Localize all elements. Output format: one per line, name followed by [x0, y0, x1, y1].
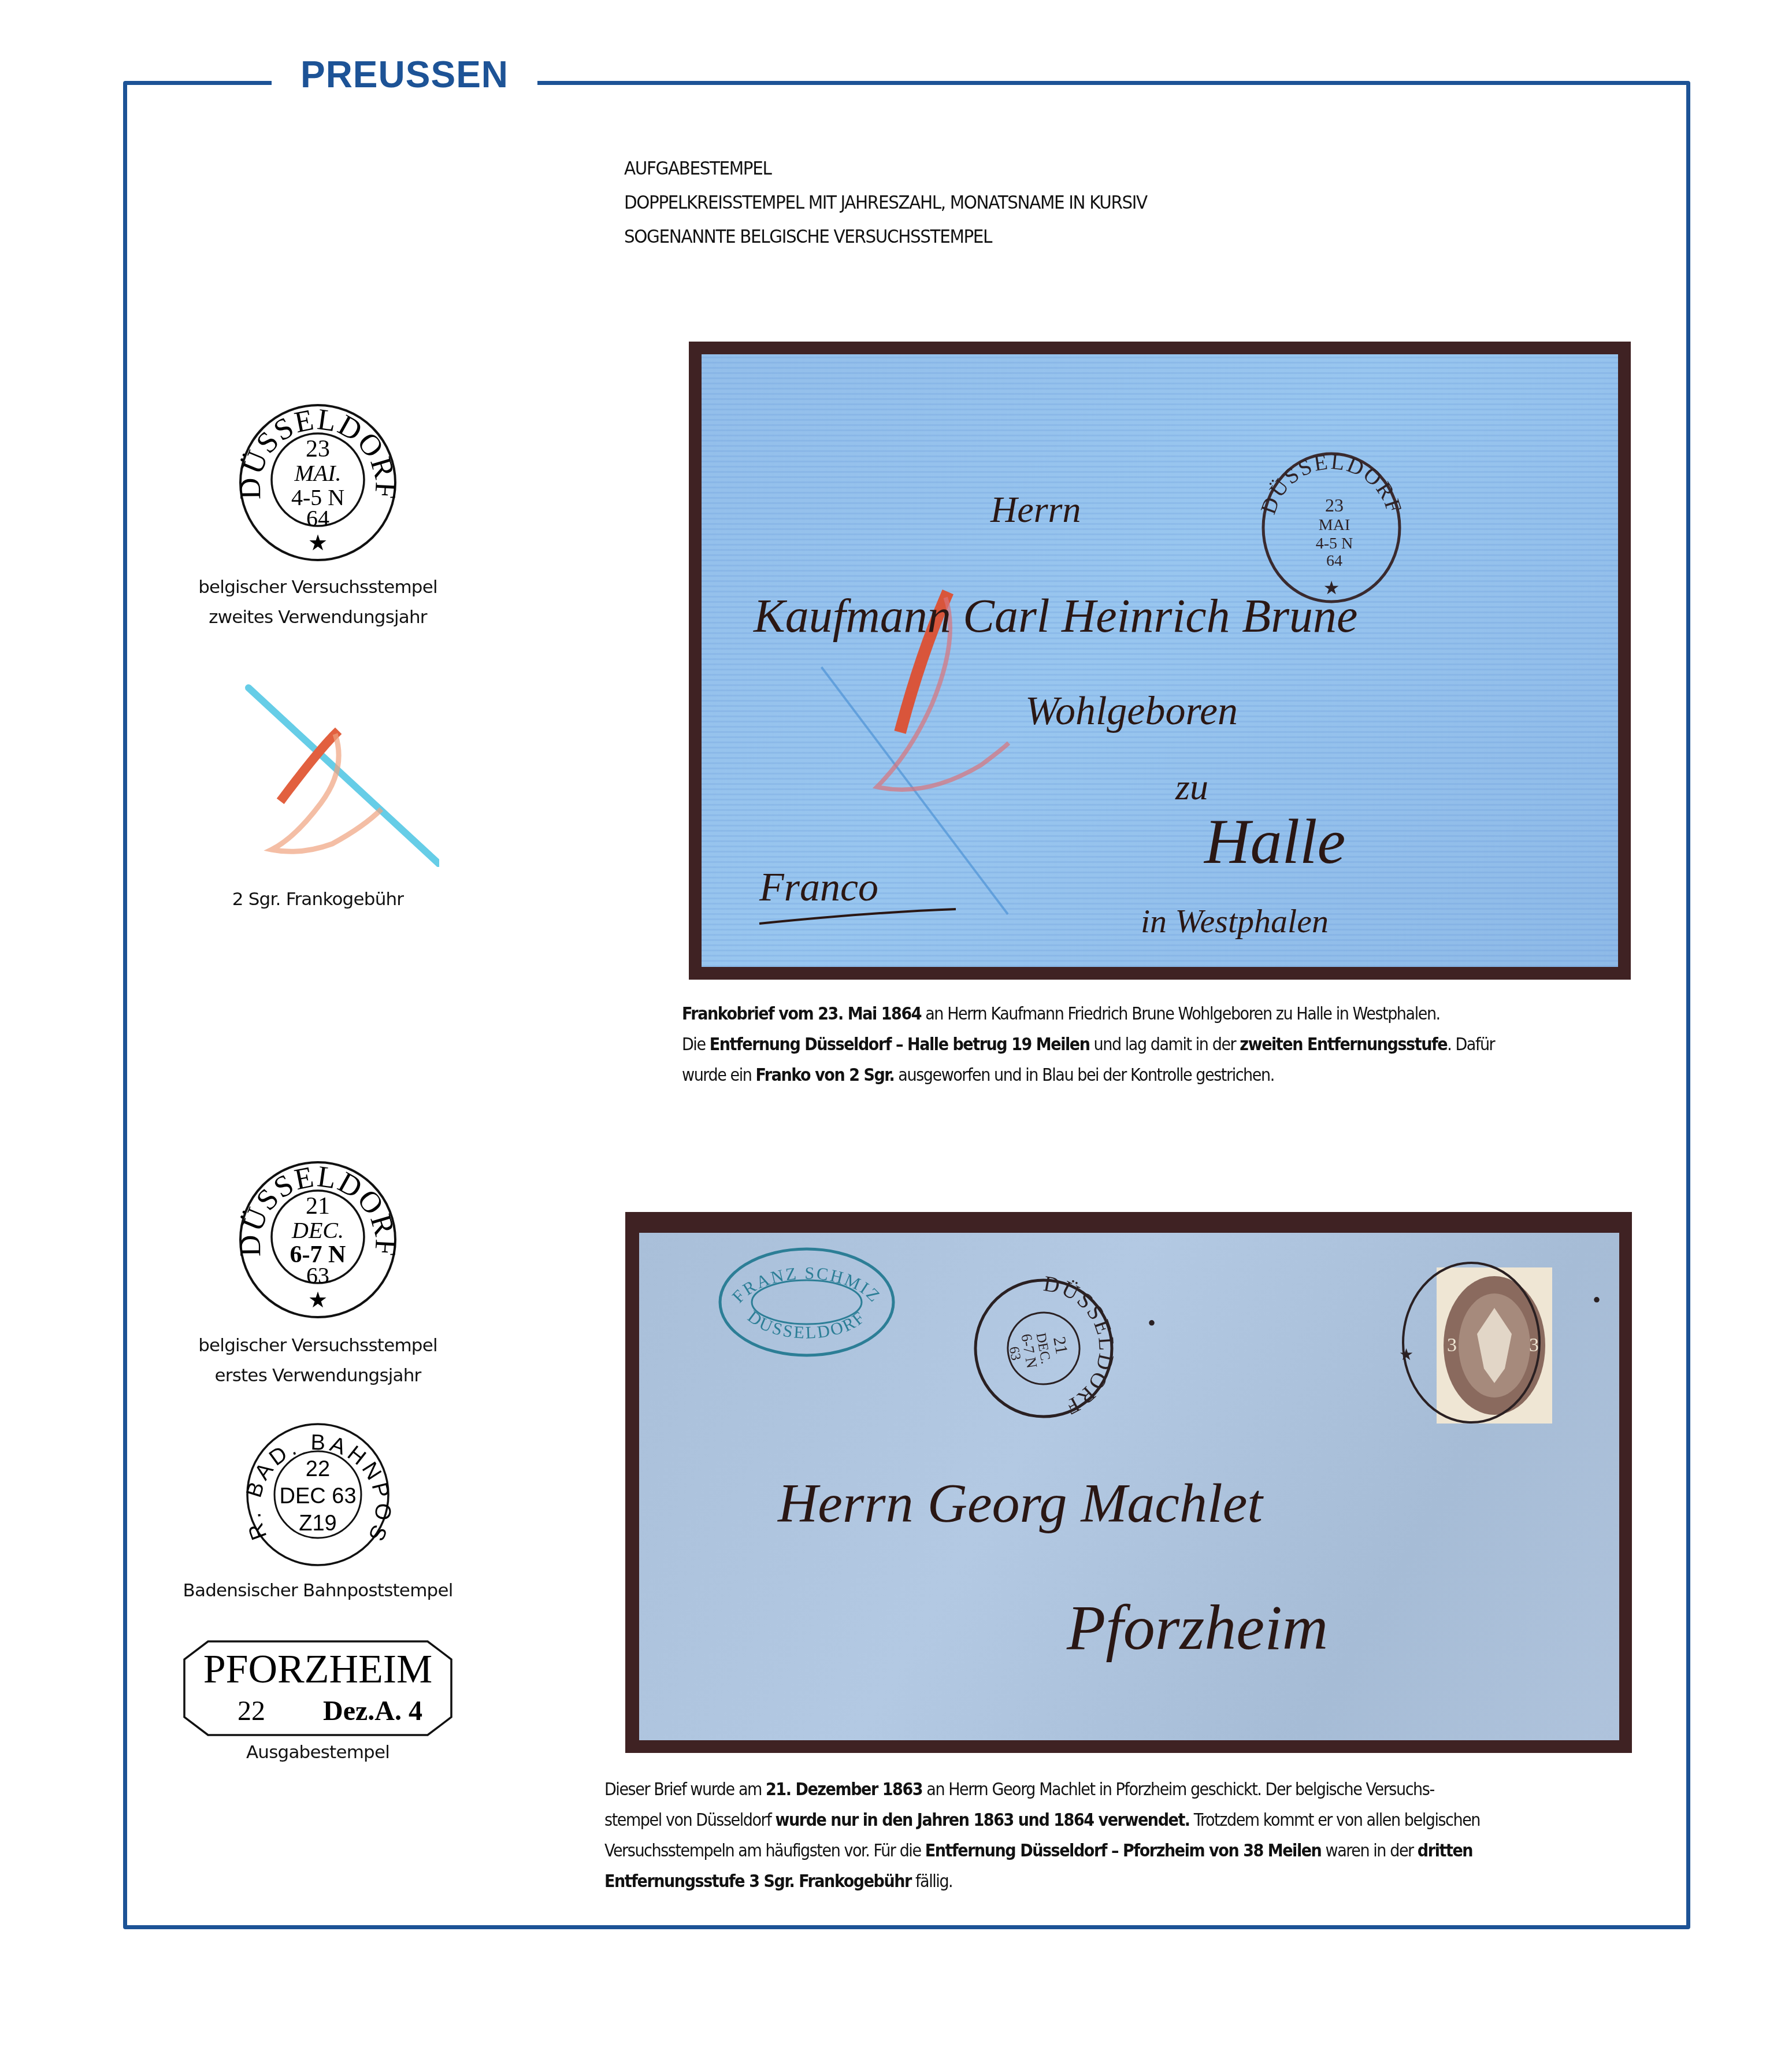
svg-text:zu: zu: [1175, 766, 1208, 807]
letter-postmark: DÜSSELDORF 21 DEC. 6-7 N 63: [963, 1261, 1130, 1434]
letter-1-caption: Frankobrief vom 23. Mai 1864 an Herrn Ka…: [682, 999, 1644, 1091]
svg-text:64: 64: [1326, 552, 1342, 570]
svg-text:Z19: Z19: [299, 1511, 336, 1536]
side-label: zweites Verwendungsjahr: [139, 602, 497, 632]
header-line: DOPPELKREISSTEMPEL MIT JAHRESZAHL, MONAT…: [624, 186, 1147, 220]
letter-2-caption: Dieser Brief wurde am 21. Dezember 1863 …: [604, 1774, 1660, 1897]
svg-text:64: 64: [306, 505, 329, 531]
cover-letter-1863: FRANZ SCHMIZ DÜSSELDORF DÜSSELDORF 21 DE…: [625, 1212, 1632, 1753]
letter-postmark: DÜSSELDORF 23 MAI 4-5 N 64 ★: [1256, 450, 1407, 602]
letter-artwork: DÜSSELDORF 23 MAI 4-5 N 64 ★ Herrn Kaufm…: [702, 354, 1618, 967]
svg-text:Herrn Georg Machlet: Herrn Georg Machlet: [777, 1472, 1264, 1534]
caption-line: wurde ein Franko von 2 Sgr. ausgeworfen …: [682, 1060, 1644, 1091]
side-label: erstes Verwendungsjahr: [139, 1361, 497, 1391]
svg-text:DÜSSELDORF: DÜSSELDORF: [744, 1307, 870, 1343]
letter-sheet: DÜSSELDORF 23 MAI 4-5 N 64 ★ Herrn Kaufm…: [702, 354, 1618, 967]
railway-postmark-icon: GR. BAD. BAHNPOST 22 DEC 63 Z19: [243, 1419, 393, 1570]
svg-text:23: 23: [1325, 495, 1344, 516]
postage-stamp: 3 3: [1437, 1267, 1552, 1424]
caption-line: Die Entfernung Düsseldorf – Halle betrug…: [682, 1029, 1644, 1060]
svg-text:3: 3: [1447, 1335, 1457, 1356]
svg-text:in Westphalen: in Westphalen: [1141, 902, 1329, 940]
svg-text:63: 63: [306, 1262, 329, 1288]
svg-text:22: 22: [306, 1457, 330, 1481]
side-label: belgischer Versuchsstempel: [139, 572, 497, 602]
caption-line: Entfernungsstufe 3 Sgr. Frankogebühr fäl…: [604, 1866, 1660, 1897]
svg-text:Herrn: Herrn: [990, 489, 1081, 530]
svg-text:DEC 63: DEC 63: [279, 1484, 356, 1508]
page-title: PREUSSEN: [272, 53, 537, 96]
svg-text:•: •: [1593, 1287, 1601, 1313]
svg-text:MAI: MAI: [1319, 516, 1350, 534]
rate-marking-illustration: 2 Sgr. Frankogebühr: [139, 670, 497, 914]
letter-artwork: FRANZ SCHMIZ DÜSSELDORF DÜSSELDORF 21 DE…: [639, 1233, 1619, 1740]
svg-text:★: ★: [1399, 1346, 1413, 1364]
caption-line: Frankobrief vom 23. Mai 1864 an Herrn Ka…: [682, 999, 1644, 1029]
caption-line: Dieser Brief wurde am 21. Dezember 1863 …: [604, 1774, 1660, 1805]
svg-text:Wohlgeboren: Wohlgeboren: [1025, 689, 1238, 733]
caption-line: stempel von Düsseldorf wurde nur in den …: [604, 1805, 1660, 1836]
svg-text:Halle: Halle: [1203, 806, 1345, 877]
side-label: belgischer Versuchsstempel: [139, 1330, 497, 1361]
double-circle-postmark-icon: DÜSSELDORF 21 DEC. 6-7 N 63 ★: [234, 1156, 402, 1324]
side-label: Badensischer Bahnpoststempel: [139, 1576, 497, 1606]
svg-text:PFORZHEIM: PFORZHEIM: [203, 1647, 433, 1692]
svg-text:DEC.: DEC.: [291, 1217, 344, 1243]
svg-text:Kaufmann Carl Heinrich Brune: Kaufmann Carl Heinrich Brune: [753, 590, 1357, 642]
cover-letter-1864: DÜSSELDORF 23 MAI 4-5 N 64 ★ Herrn Kaufm…: [689, 342, 1631, 980]
svg-text:Pforzheim: Pforzheim: [1066, 1592, 1328, 1663]
svg-text:Franco: Franco: [759, 865, 878, 910]
letter-sheet: FRANZ SCHMIZ DÜSSELDORF DÜSSELDORF 21 DE…: [639, 1233, 1619, 1740]
double-circle-postmark-icon: DÜSSELDORF 23 MAI. 4-5 N 64 ★: [234, 399, 402, 566]
postmark-illustration-duesseldorf-1863: DÜSSELDORF 21 DEC. 6-7 N 63 ★ belgischer…: [139, 1156, 497, 1391]
octagonal-box-postmark-icon: PFORZHEIM 22 Dez.A. 4: [182, 1639, 454, 1737]
side-label: Ausgabestempel: [139, 1737, 497, 1767]
svg-text:MAI.: MAI.: [294, 460, 341, 486]
arrival-postmark-illustration: PFORZHEIM 22 Dez.A. 4 Ausgabestempel: [139, 1639, 497, 1767]
sender-cachet: FRANZ SCHMIZ DÜSSELDORF: [720, 1249, 893, 1355]
svg-text:Dez.A. 4: Dez.A. 4: [323, 1696, 422, 1726]
svg-text:3: 3: [1529, 1335, 1539, 1356]
svg-text:★: ★: [308, 531, 328, 555]
header-line: SOGENANNTE BELGISCHE VERSUCHSSTEMPEL: [624, 220, 1147, 254]
header-line: AUFGABESTEMPEL: [624, 151, 1147, 186]
railway-postmark-illustration: GR. BAD. BAHNPOST 22 DEC 63 Z19 Badensis…: [139, 1419, 497, 1606]
svg-text:22: 22: [238, 1696, 265, 1726]
section-header: AUFGABESTEMPEL DOPPELKREISSTEMPEL MIT JA…: [624, 151, 1147, 254]
svg-text:21: 21: [1049, 1335, 1071, 1355]
manuscript-rate-marking-icon: [196, 670, 439, 867]
caption-line: Versuchsstempeln am häufigsten vor. Für …: [604, 1836, 1660, 1866]
side-label: 2 Sgr. Frankogebühr: [139, 884, 497, 914]
svg-text:63: 63: [1006, 1345, 1023, 1362]
svg-text:4-5 N: 4-5 N: [1316, 535, 1353, 553]
svg-text:23: 23: [306, 436, 330, 462]
svg-text:★: ★: [308, 1288, 328, 1313]
postmark-illustration-duesseldorf-1864: DÜSSELDORF 23 MAI. 4-5 N 64 ★ belgischer…: [139, 399, 497, 632]
svg-text:21: 21: [306, 1193, 330, 1219]
svg-text:•: •: [1148, 1310, 1156, 1336]
